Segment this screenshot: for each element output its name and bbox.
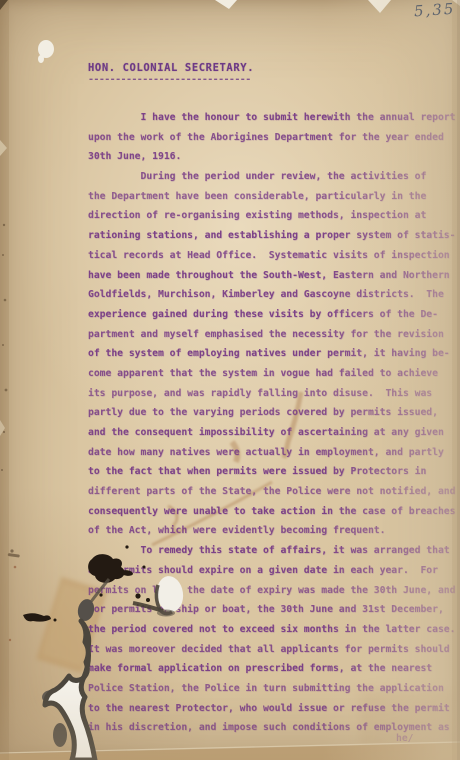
- text-line: During the period under review, the acti…: [88, 167, 455, 187]
- text-line: of the system of employing natives under…: [88, 344, 455, 364]
- text-line: for permits on ship or boat, the 30th Ju…: [88, 600, 455, 620]
- text-line: rationing stations, and establishing a p…: [88, 226, 455, 246]
- bottom-edge-highlight: [0, 742, 460, 753]
- text-line: make formal application on prescribed fo…: [88, 659, 455, 679]
- text-line: different parts of the State, the Police…: [88, 482, 455, 502]
- text-line: the period covered not to exceed six mon…: [88, 620, 455, 640]
- text-line: To remedy this state of affairs, it was …: [88, 541, 455, 561]
- text-line: date how many natives were actually in e…: [88, 443, 455, 463]
- text-line: It was moreover decided that all applica…: [88, 640, 455, 660]
- text-line: partly due to the varying periods covere…: [88, 403, 455, 423]
- text-line: permits on land, the date of expiry was …: [88, 581, 455, 601]
- white-spot: [38, 40, 54, 63]
- text-line: come apparent that the system in vogue h…: [88, 364, 455, 384]
- text-line: experience gained during these visits by…: [88, 305, 455, 325]
- text-line: the Department have been considerable, p…: [88, 187, 455, 207]
- text-line: direction of re-organising existing meth…: [88, 206, 455, 226]
- text-line: to the fact that when permits were issue…: [88, 462, 455, 482]
- header-title: HON. COLONIAL SECRETARY.: [88, 62, 254, 74]
- text-line: Police Station, the Police in turn submi…: [88, 679, 455, 699]
- body-text: I have the honour to submit herewith the…: [88, 108, 455, 738]
- text-line: its purpose, and was rapidly falling int…: [88, 384, 455, 404]
- text-line: consequently were unable to take action …: [88, 502, 455, 522]
- page-bottom-edge: [0, 743, 460, 760]
- top-edge-tears: [0, 0, 460, 13]
- text-line: partment and myself emphasised the neces…: [88, 325, 455, 345]
- text-line: and the consequent impossibility of asce…: [88, 423, 455, 443]
- text-line: all permits should expire on a given dat…: [88, 561, 455, 581]
- text-line: tical records at Head Office. Systematic…: [88, 246, 455, 266]
- text-line: of the Act, which were evidently becomin…: [88, 521, 455, 541]
- document-header: HON. COLONIAL SECRETARY. ---------------…: [88, 62, 254, 85]
- left-edge-notches: [0, 140, 7, 436]
- text-line: to the nearest Protector, who would issu…: [88, 699, 455, 719]
- text-line: I have the honour to submit herewith the…: [88, 108, 455, 128]
- text-line: 30th June, 1916.: [88, 147, 455, 167]
- folio-number: 5,35: [413, 0, 456, 20]
- document-page: 5,35 HON. COLONIAL SECRETARY. ----------…: [0, 0, 460, 760]
- text-line: upon the work of the Aborigines Departme…: [88, 128, 455, 148]
- header-underline: ------------------------------: [88, 74, 254, 85]
- text-line: Goldfields, Murchison, Kimberley and Gas…: [88, 285, 455, 305]
- catchword: he/: [396, 733, 414, 744]
- text-line: have been made throughout the South-West…: [88, 266, 455, 286]
- corner-dark: [0, 0, 8, 10]
- edge-specks: [1, 224, 20, 641]
